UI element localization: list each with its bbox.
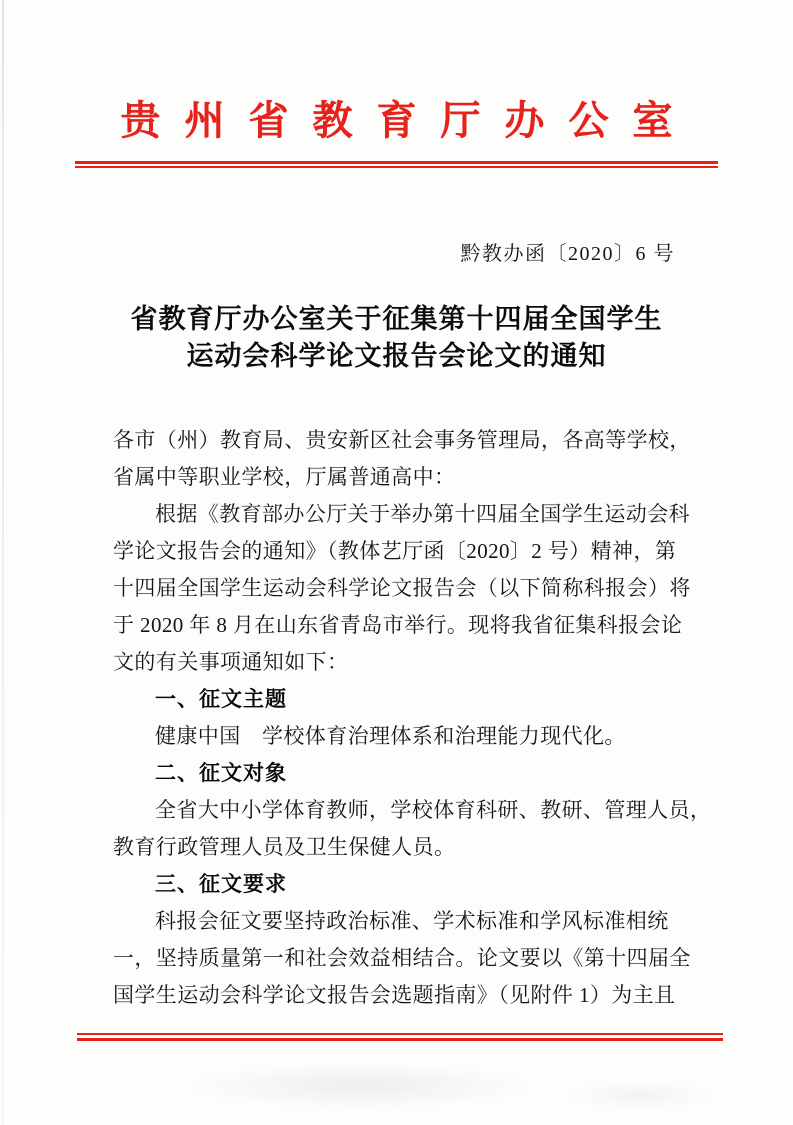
notice-title: 省教育厅办公室关于征集第十四届全国学生 运动会科学论文报告会论文的通知 bbox=[0, 301, 793, 375]
body-line: 省属中等职业学校，厅属普通高中： bbox=[113, 459, 683, 496]
header-double-rule bbox=[75, 161, 718, 168]
footer-double-rule bbox=[77, 1033, 723, 1041]
body-line: 一，坚持质量第一和社会效益相结合。论文要以《第十四届全 bbox=[113, 940, 683, 977]
scan-smudge-artifact bbox=[180, 1062, 540, 1110]
body-line: 科报会征文要坚持政治标准、学术标准和学风标准相统 bbox=[113, 903, 683, 940]
body-line: 全省大中小学体育教师，学校体育科研、教研、管理人员， bbox=[113, 792, 683, 829]
body-line: 学论文报告会的通知》（教体艺厅函〔2020〕2 号）精神，第 bbox=[113, 533, 683, 570]
scanned-document-page: 贵州省教育厅办公室 黔教办函〔2020〕6 号 省教育厅办公室关于征集第十四届全… bbox=[0, 0, 793, 1125]
scan-edge-artifact bbox=[2, 0, 4, 1125]
document-number: 黔教办函〔2020〕6 号 bbox=[461, 241, 676, 267]
body-line: 各市（州）教育局、贵安新区社会事务管理局，各高等学校， bbox=[113, 422, 683, 459]
section-heading: 三、征文要求 bbox=[113, 866, 683, 903]
letterhead-title: 贵州省教育厅办公室 bbox=[0, 96, 793, 146]
section-heading: 二、征文对象 bbox=[113, 755, 683, 792]
document-body: 各市（州）教育局、贵安新区社会事务管理局，各高等学校，省属中等职业学校，厅属普通… bbox=[113, 422, 683, 1014]
notice-title-line-1: 省教育厅办公室关于征集第十四届全国学生 bbox=[0, 301, 793, 338]
scan-smudge-artifact-right bbox=[560, 1080, 720, 1110]
body-line: 于 2020 年 8 月在山东省青岛市举行。现将我省征集科报会论 bbox=[113, 607, 683, 644]
section-heading: 一、征文主题 bbox=[113, 681, 683, 718]
body-line: 文的有关事项通知如下： bbox=[113, 644, 683, 681]
body-line: 国学生运动会科学论文报告会选题指南》（见附件 1）为主且 bbox=[113, 977, 683, 1014]
notice-title-line-2: 运动会科学论文报告会论文的通知 bbox=[0, 338, 793, 375]
body-line: 健康中国 学校体育治理体系和治理能力现代化。 bbox=[113, 718, 683, 755]
footer-rule-thick bbox=[77, 1038, 723, 1041]
header-rule-thin bbox=[75, 166, 718, 168]
body-line: 教育行政管理人员及卫生保健人员。 bbox=[113, 829, 683, 866]
body-line: 根据《教育部办公厅关于举办第十四届全国学生运动会科 bbox=[113, 496, 683, 533]
body-line: 十四届全国学生运动会科学论文报告会（以下简称科报会）将 bbox=[113, 570, 683, 607]
